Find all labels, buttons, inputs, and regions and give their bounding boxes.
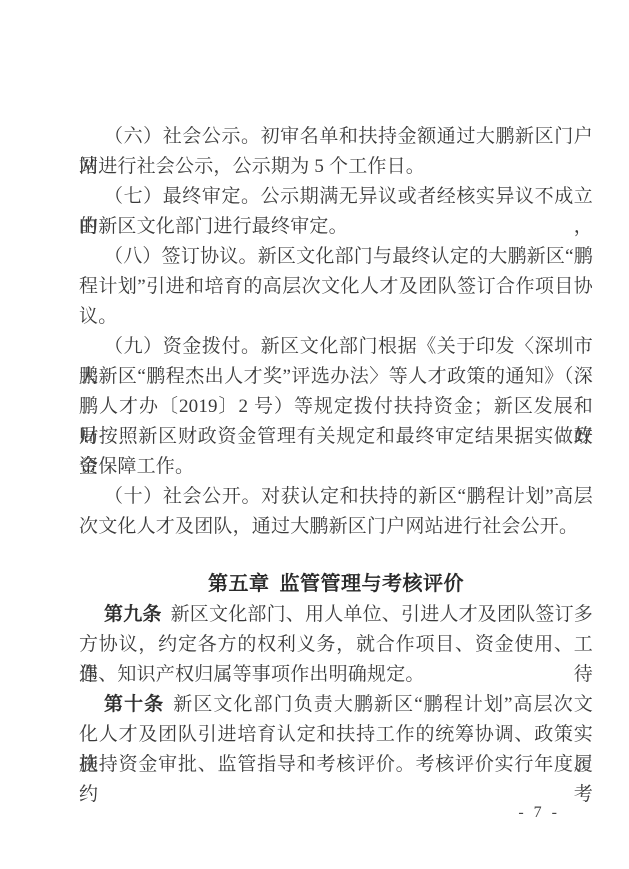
text-line: 议。 (79, 302, 593, 332)
text-line: 扶持资金审批、监管指导和考核评价。考核评价实行年度履约考 (79, 750, 593, 780)
text-line: 化人才及团队引进培育认定和扶持工作的统筹协调、政策实施、 (79, 720, 593, 750)
text-line: 方协议，约定各方的权利义务，就合作项目、资金使用、工作待 (79, 630, 593, 660)
chapter-number: 第五章 (208, 573, 270, 595)
text-line: （八）签订协议。新区文化部门与最终认定的大鹏新区“鹏 (79, 242, 593, 272)
text-line: 第十条新区文化部门负责大鹏新区“鹏程计划”高层次文 (79, 690, 593, 720)
document-page: （六）社会公示。初审名单和扶持金额通过大鹏新区门户网 站进行社会公示，公示期为 … (0, 0, 629, 869)
text-line: （九）资金拨付。新区文化部门根据《关于印发〈深圳市大 (79, 332, 593, 362)
article-number-label: 第九条 (104, 604, 162, 625)
chapter-title: 监管管理与考核评价 (280, 573, 465, 595)
text-line: （十）社会公开。对获认定和扶持的新区“鹏程计划”高层 (79, 482, 593, 512)
article-text: 新区文化部门、用人单位、引进人才及团队签订多 (171, 604, 593, 625)
text-line: 程计划”引进和培育的高层次文化人才及团队签订合作项目协 (79, 272, 593, 302)
page-number: - 7 - (518, 804, 560, 822)
document-body: （六）社会公示。初审名单和扶持金额通过大鹏新区门户网 站进行社会公示，公示期为 … (79, 122, 593, 780)
text-line: （七）最终审定。公示期满无异议或者经核实异议不成立的， (79, 182, 593, 212)
text-line: 次文化人才及团队，通过大鹏新区门户网站进行社会公开。 (79, 512, 593, 542)
article-text: 新区文化部门负责大鹏新区“鹏程计划”高层次文 (173, 694, 593, 715)
text-line: 金保障工作。 (79, 452, 593, 482)
text-line: 鹏新区“鹏程杰出人才奖”评选办法〉等人才政策的通知》（深 (79, 362, 593, 392)
chapter-heading: 第五章监管管理与考核评价 (79, 570, 593, 598)
text-line: 站进行社会公示，公示期为 5 个工作日。 (79, 152, 593, 182)
text-line: 鹏人才办〔2019〕2 号）等规定拨付扶持资金；新区发展和财政 (79, 392, 593, 422)
text-line: （六）社会公示。初审名单和扶持金额通过大鹏新区门户网 (79, 122, 593, 152)
text-line: 第九条新区文化部门、用人单位、引进人才及团队签订多 (79, 600, 593, 630)
article-number-label: 第十条 (104, 694, 164, 715)
text-line: 局按照新区财政资金管理有关规定和最终审定结果据实做好资 (79, 422, 593, 452)
